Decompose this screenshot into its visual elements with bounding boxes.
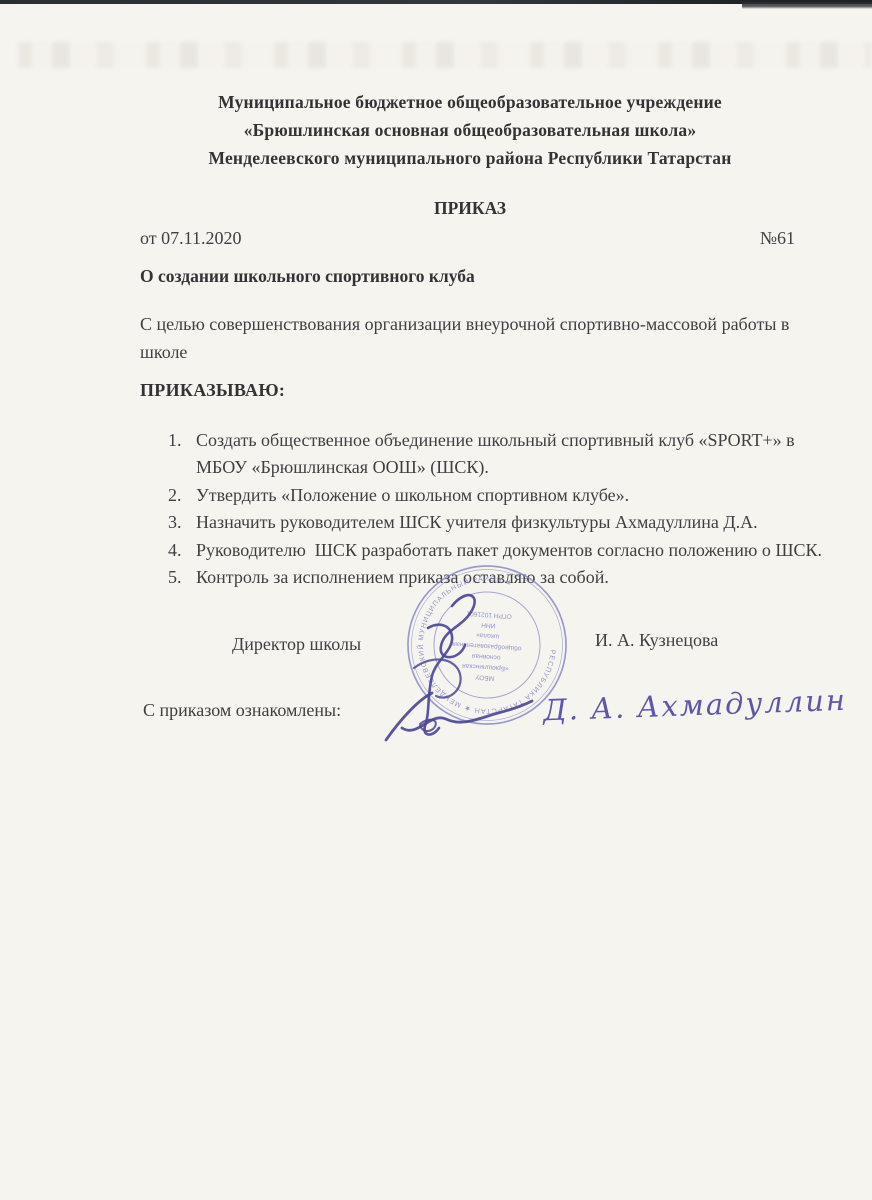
- scanner-edge-artifact-right: [742, 0, 872, 9]
- list-item: 3. Назначить руководителем ШСК учителя ф…: [168, 509, 840, 536]
- list-item-text: Назначить руководителем ШСК учителя физк…: [196, 509, 840, 536]
- order-preamble: С целью совершенствования организации вн…: [140, 310, 832, 366]
- letterhead-line-2: «Брюшлинская основная общеобразовательна…: [100, 116, 840, 144]
- order-date: от 07.11.2020: [140, 228, 241, 249]
- letterhead-line-1: Муниципальное бюджетное общеобразователь…: [100, 88, 840, 116]
- letterhead-line-3: Менделеевского муниципального района Рес…: [100, 144, 840, 172]
- page-bleedthrough-artifact: [18, 42, 872, 68]
- order-number: №61: [760, 228, 795, 249]
- date-number-row: от 07.11.2020 №61: [140, 228, 795, 249]
- acknowledgement-signature-ink: [380, 686, 540, 748]
- list-item-text: Утвердить «Положение о школьном спортивн…: [196, 482, 840, 509]
- order-subject: О создании школьного спортивного клуба: [140, 266, 475, 287]
- list-item-number: 2.: [168, 482, 196, 509]
- list-item-number: 4.: [168, 537, 196, 564]
- list-item: 1. Создать общественное объединение школ…: [168, 427, 840, 482]
- list-item-number: 5.: [168, 564, 196, 591]
- director-name: И. А. Кузнецова: [595, 630, 718, 651]
- director-role-label: Директор школы: [232, 634, 361, 655]
- acknowledged-handwritten-name: Д. А. Ахмадуллин: [543, 683, 854, 728]
- list-item: 2. Утвердить «Положение о школьном спорт…: [168, 482, 840, 509]
- order-directive-word: ПРИКАЗЫВАЮ:: [140, 380, 285, 401]
- list-item-text: Создать общественное объединение школьны…: [196, 427, 840, 482]
- scanned-order-document: Муниципальное бюджетное общеобразователь…: [0, 0, 872, 1200]
- list-item-number: 1.: [168, 427, 196, 482]
- list-item-number: 3.: [168, 509, 196, 536]
- document-type-title: ПРИКАЗ: [100, 198, 840, 219]
- acknowledgement-label: С приказом ознакомлены:: [143, 700, 341, 721]
- letterhead: Муниципальное бюджетное общеобразователь…: [100, 88, 840, 172]
